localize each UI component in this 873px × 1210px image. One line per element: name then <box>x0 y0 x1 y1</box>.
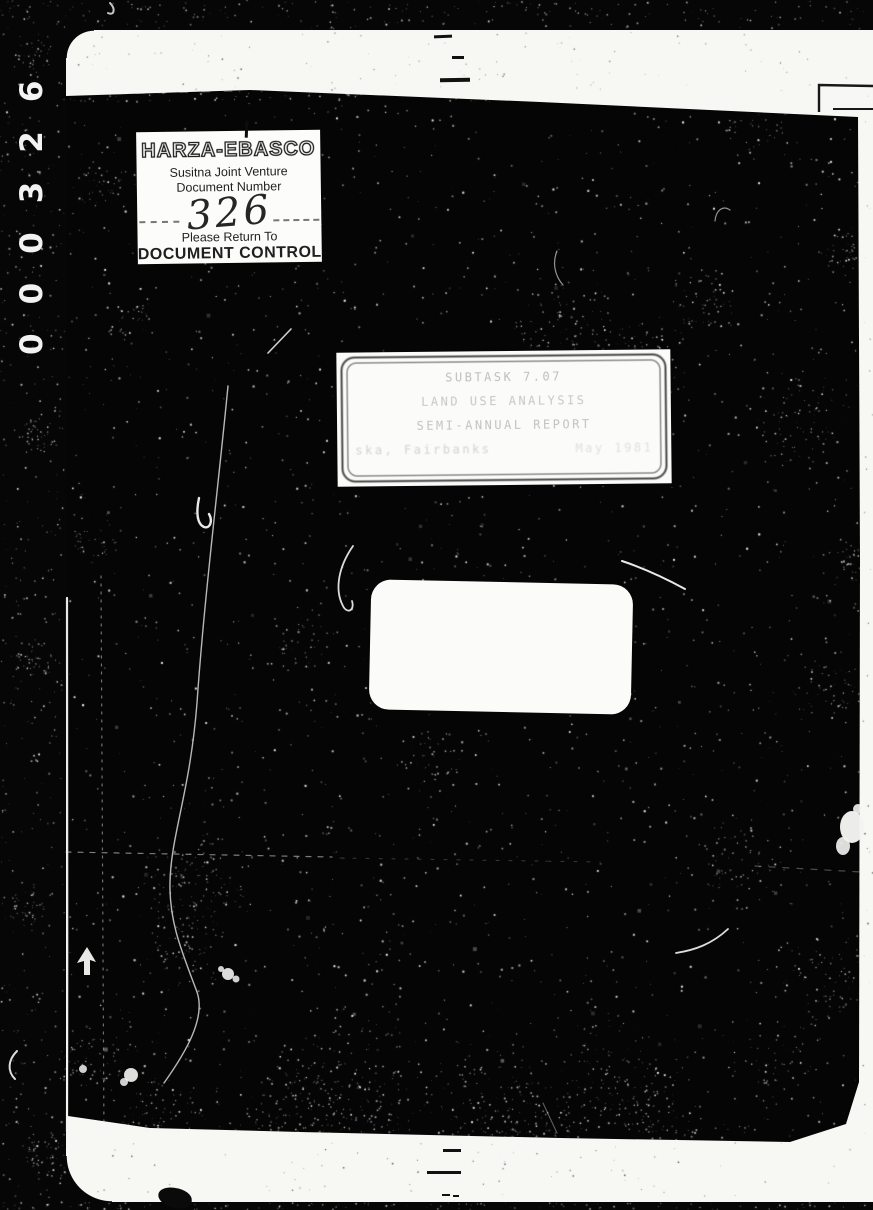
top-scan-edge <box>0 0 873 30</box>
title-line-semi-annual: SEMI-ANNUAL REPORT <box>353 411 655 438</box>
blank-label-box <box>369 579 634 714</box>
registration-mark-top-1 <box>434 35 452 39</box>
harza-ebasco-logo: HARZA-EBASCO <box>136 137 320 164</box>
title-line-subtask: SUBTASK 7.07 <box>352 363 654 390</box>
page-corner-bracket <box>819 85 873 112</box>
pen-tick-mark <box>245 121 249 138</box>
title-box: SUBTASK 7.07 LAND USE ANALYSIS SEMI-ANNU… <box>336 349 671 486</box>
registration-mark-bottom-3 <box>442 1194 450 1196</box>
title-box-text: SUBTASK 7.07 LAND USE ANALYSIS SEMI-ANNU… <box>352 363 655 476</box>
registration-mark-bottom-4 <box>453 1195 459 1197</box>
registration-mark-top-3 <box>440 78 470 83</box>
harza-ebasco-routing-label: HARZA-EBASCO Susitna Joint Venture Docum… <box>136 130 322 265</box>
document-number-stamp: 000326 <box>14 55 54 355</box>
registration-mark-bottom-2 <box>427 1171 461 1174</box>
title-footer-left: ska, Fairbanks <box>355 437 491 462</box>
bottom-scan-edge <box>0 1202 873 1210</box>
rounded-corner-fill-top <box>66 30 94 58</box>
registration-mark-top-2 <box>452 56 464 59</box>
rounded-corner-fill-bottom <box>66 1156 112 1202</box>
title-footer-right: May 1981 <box>575 435 653 460</box>
scanned-document-cover: 000326 HARZA-EBASCO Susitna Joint Ventur… <box>0 0 873 1210</box>
registration-mark-bottom-1 <box>443 1149 461 1152</box>
title-line-land-use: LAND USE ANALYSIS <box>353 387 655 414</box>
document-control-text: DOCUMENT CONTROL <box>138 244 322 265</box>
